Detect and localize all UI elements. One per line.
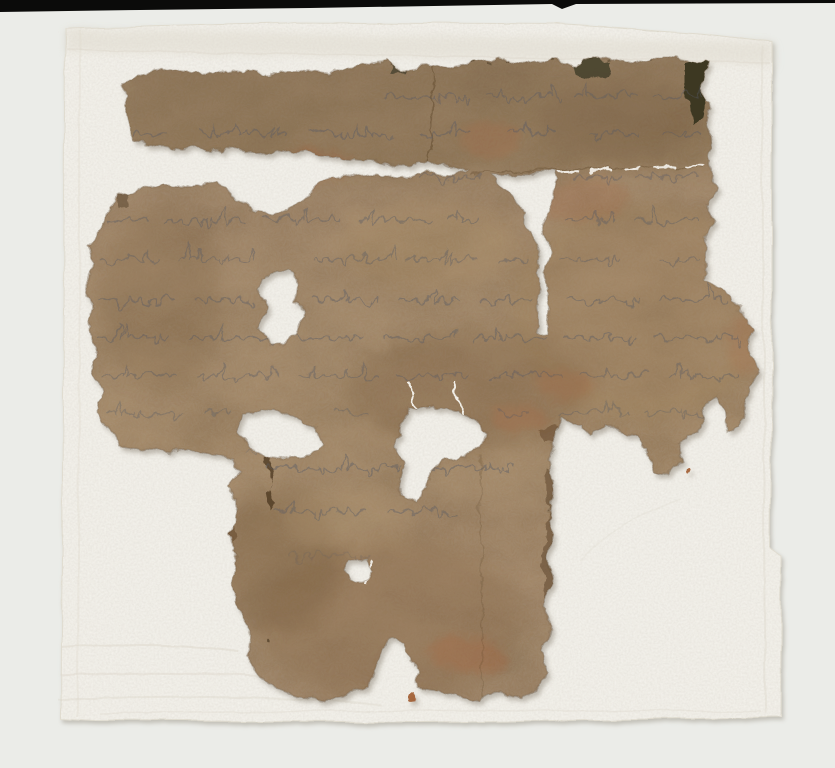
fragment-shading [290,485,410,555]
fragment-shading [540,80,700,160]
fragment-shading [340,200,520,290]
scan-image [0,0,835,768]
scan-viewport [0,0,835,768]
water-stain [490,404,550,432]
stain-dot [408,694,416,702]
dark-speck [268,638,272,642]
scan-canvas [0,0,835,768]
scanned-document [0,0,835,768]
stain-dot [688,468,693,473]
